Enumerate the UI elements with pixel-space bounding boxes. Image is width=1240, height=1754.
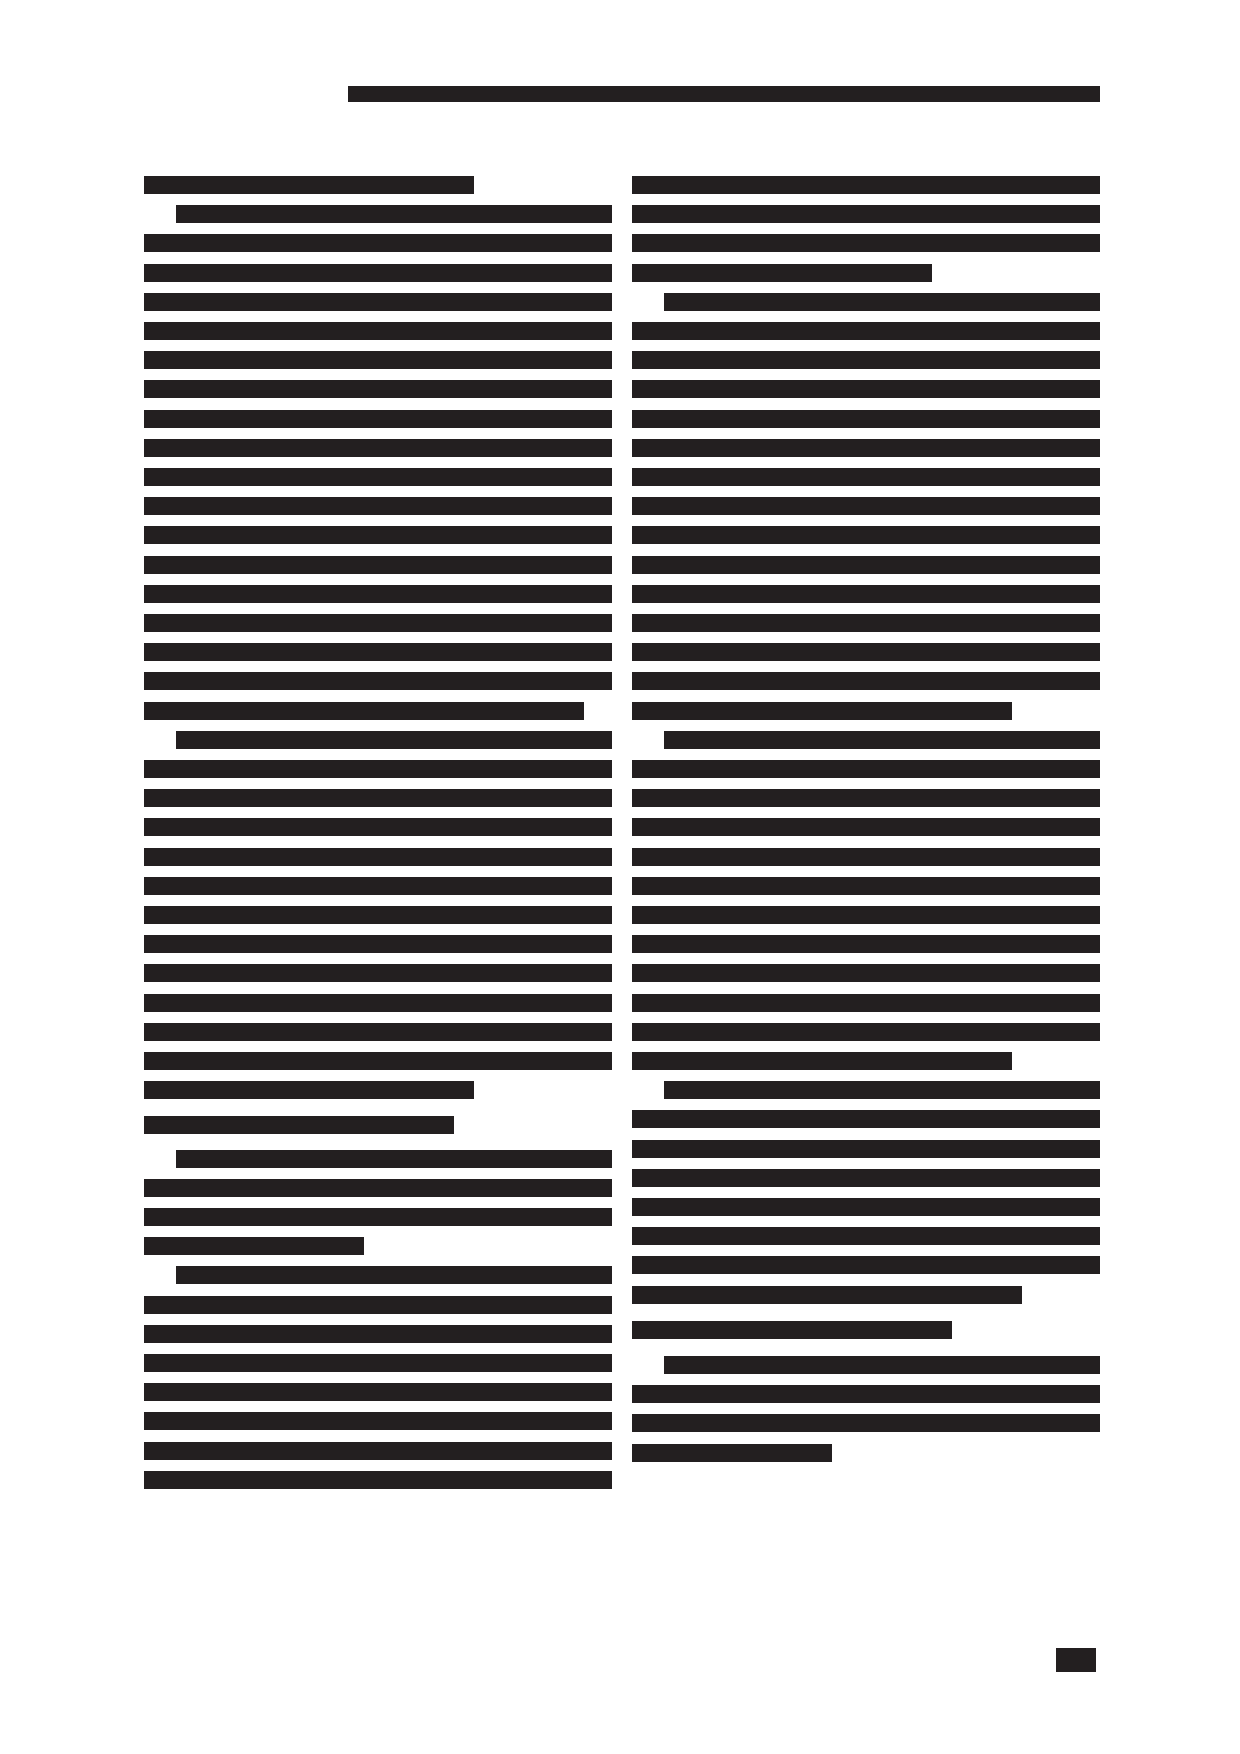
text-line [632,614,1100,632]
text-line [664,1356,1100,1374]
text-line [632,439,1100,457]
text-line [144,468,612,486]
text-line [632,643,1100,661]
text-line [144,1412,612,1430]
text-line [144,1296,612,1314]
text-line [144,702,584,720]
text-line [632,789,1100,807]
text-line [632,1286,1022,1304]
text-line [176,1266,612,1284]
text-line [144,410,612,428]
section-heading [632,1321,952,1339]
text-line [144,789,612,807]
text-line [144,526,612,544]
text-line [176,1150,612,1168]
text-line [632,1444,832,1462]
running-header: [redacted running header] [348,86,1100,102]
text-line [632,322,1100,340]
text-line [632,526,1100,544]
section-heading [144,176,474,194]
text-line [144,497,612,515]
text-line [632,1385,1100,1403]
text-line [632,468,1100,486]
text-line [632,1256,1100,1274]
text-line [144,264,612,282]
text-line [144,672,612,690]
text-line [632,1169,1100,1187]
text-line [632,964,1100,982]
text-line [144,1179,612,1197]
text-line [144,1023,612,1041]
text-line [144,760,612,778]
text-line [144,906,612,924]
text-line [144,439,612,457]
text-line [632,1414,1100,1432]
text-line [632,1140,1100,1158]
text-line [632,906,1100,924]
text-line [632,234,1100,252]
text-line [144,614,612,632]
text-line [144,293,612,311]
text-line [664,293,1100,311]
text-line [664,731,1100,749]
text-line [144,585,612,603]
text-line [632,410,1100,428]
text-line [176,731,612,749]
text-line [144,380,612,398]
text-line [144,1442,612,1460]
text-line [144,818,612,836]
text-line [632,672,1100,690]
text-line [632,205,1100,223]
text-line [144,935,612,953]
text-line [632,877,1100,895]
text-line [144,1354,612,1372]
text-line [144,964,612,982]
text-line [144,877,612,895]
text-line [632,994,1100,1012]
page-number: [redacted] [1056,1648,1096,1672]
text-line [632,556,1100,574]
text-line [176,205,612,223]
text-line [632,585,1100,603]
section-heading [144,1116,454,1134]
text-line [144,1208,612,1226]
text-line [632,818,1100,836]
text-line [144,322,612,340]
text-line [144,848,612,866]
text-line [632,760,1100,778]
text-line [632,1110,1100,1128]
text-line [632,351,1100,369]
text-line [632,1227,1100,1245]
text-line [632,702,1012,720]
text-line [144,1081,474,1099]
text-line [144,1471,612,1489]
text-line [144,994,612,1012]
text-line [664,1081,1100,1099]
text-line [632,1023,1100,1041]
text-line [144,1052,612,1070]
text-line [632,1198,1100,1216]
text-line [144,351,612,369]
text-line [632,935,1100,953]
text-line [144,643,612,661]
text-line [144,556,612,574]
text-line [144,1325,612,1343]
text-line [632,380,1100,398]
text-line [632,497,1100,515]
text-line [632,848,1100,866]
text-line [632,176,1100,194]
text-line [144,1383,612,1401]
text-line [632,1052,1012,1070]
text-line [144,1237,364,1255]
text-line [632,264,932,282]
text-line [144,234,612,252]
